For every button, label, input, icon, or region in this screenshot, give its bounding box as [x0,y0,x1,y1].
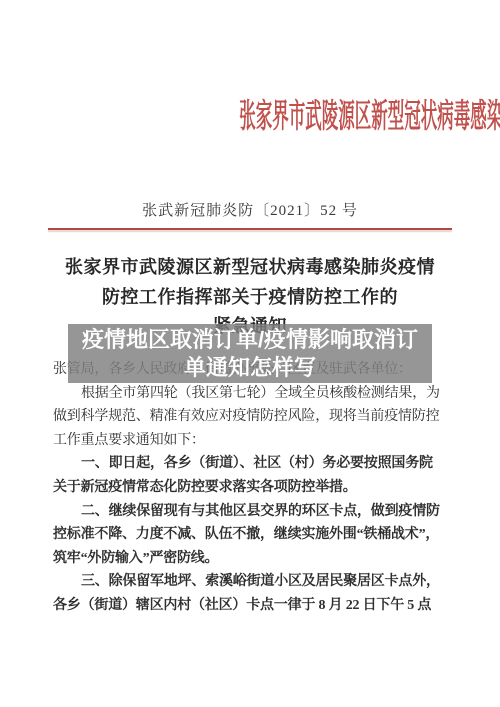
paragraph-3-line-3: 筑牢“外防输入”严密防线。 [53,547,453,571]
paragraph-4-line-2: 各乡（街道）辖区内村（社区）卡点一律于 8 月 22 日下午 5 点 [53,594,453,618]
paragraph-3-line-2: 控标准不降、力度不减、队伍不撤，继续实施外围“铁桶战术”， [53,523,453,547]
overlay-caption-banner: 疫情地区取消订单/疫情影响取消订 单通知怎样写 [68,324,432,383]
letterhead-title: 张家界市武陵源区新型冠状病毒感染肺炎疫情防控工作指挥部文件 [239,90,500,137]
paragraph-1-line-3: 工作重点要求通知如下： [53,429,453,453]
paragraph-1-line-2: 做到科学规范、精准有效应对疫情防控风险，现将当前疫情防控 [53,405,453,429]
overlay-caption-line-2: 单通知怎样写 [68,354,432,382]
paragraph-1-line-1: 根据全市第四轮（我区第七轮）全域全员核酸检测结果，为 [53,382,453,406]
red-divider-line [48,228,452,230]
red-letterhead: 张家界市武陵源区新型冠状病毒感染肺炎疫情防控工作指挥部文件 [0,90,500,137]
paragraph-2-line-1: 一、即日起，各乡（街道）、社区（村）务必要按照国务院 [53,452,453,476]
scanned-document-page: 张家界市武陵源区新型冠状病毒感染肺炎疫情防控工作指挥部文件 张武新冠肺炎防〔20… [0,0,500,707]
paragraph-3-line-1: 二、继续保留现有与其他区县交界的环区卡点，做到疫情防 [53,500,453,524]
overlay-caption-line-1: 疫情地区取消订单/疫情影响取消订 [68,326,432,354]
document-body: 张管局，各乡人民政府、街道办事处，区直及驻武各单位： 根据全市第四轮（我区第七轮… [53,358,453,618]
paragraph-4-line-1: 三、除保留军地坪、索溪峪街道小区及居民聚居区卡点外， [53,570,453,594]
document-number: 张武新冠肺炎防〔2021〕52 号 [0,199,500,220]
title-line-1: 张家界市武陵源区新型冠状病毒感染肺炎疫情 [0,253,500,283]
paragraph-2-line-2: 关于新冠疫情常态化防控要求落实各项防控举措。 [53,476,453,500]
title-line-2: 防控工作指挥部关于疫情防控工作的 [0,283,500,313]
